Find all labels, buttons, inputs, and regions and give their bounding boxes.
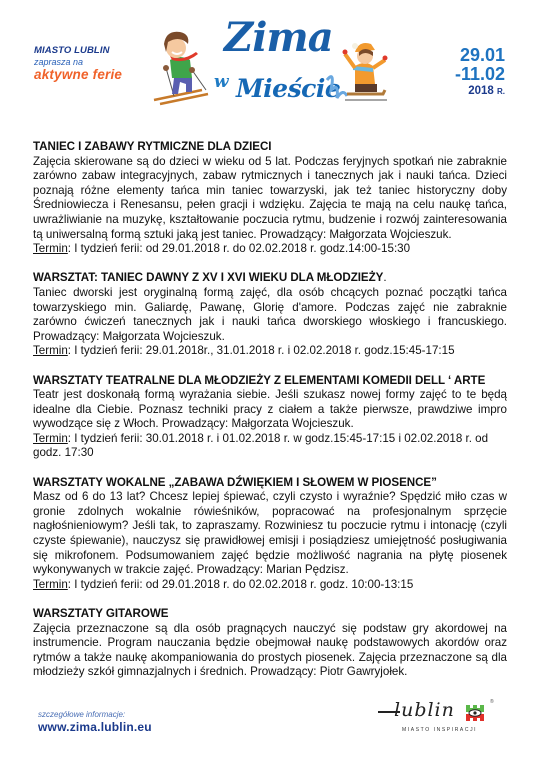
active-holidays-text: aktywne ferie (34, 67, 122, 83)
section-body: Masz od 6 do 13 lat? Chcesz lepiej śpiew… (33, 490, 507, 578)
event-year: 2018 R. (433, 86, 505, 98)
lublin-emblem-icon (464, 703, 486, 723)
header-banner: MIASTO LUBLIN zaprasza na aktywne ferie … (0, 0, 540, 120)
section-schedule: Termin: I tydzień ferii: od 29.01.2018 r… (33, 578, 507, 593)
section-title: WARSZTATY WOKALNE „ZABAWA DŹWIĘKIEM I SŁ… (33, 476, 507, 491)
year-suffix: R. (497, 87, 505, 96)
section-title: WARSZTAT: TANIEC DAWNY Z XV I XVI WIEKU … (33, 271, 507, 286)
section-dance-children: TANIEC I ZABAWY RYTMICZNE DLA DZIECI Zaj… (33, 140, 507, 257)
logo-zima: Zima (224, 14, 333, 61)
footer-info: szczegółowe informacje: www.zima.lublin.… (38, 710, 152, 734)
section-guitar-workshop: WARSZTATY GITAROWE Zajęcia przeznaczone … (33, 607, 507, 680)
date-from: 29.01 (433, 46, 505, 64)
invites-text: zaprasza na (34, 57, 122, 67)
date-to: -11.02 (433, 65, 505, 83)
section-schedule: Termin: I tydzień ferii: od 29.01.2018 r… (33, 242, 507, 257)
section-theatre-workshop: WARSZTATY TEATRALNE DLA MŁODZIEŻY Z ELEM… (33, 374, 507, 462)
termin-label: Termin (33, 242, 68, 255)
section-body: Zajęcia przeznaczone są dla osób pragnąc… (33, 622, 507, 680)
termin-value: : I tydzień ferii: 30.01.2018 r. i 01.02… (33, 432, 488, 460)
termin-value: : I tydzień ferii: 29.01.2018r., 31.01.2… (68, 344, 455, 357)
sledder-illustration-icon (325, 40, 390, 106)
lublin-logo: lublin ® MIASTO INSPIRACJI (378, 697, 508, 739)
city-name: MIASTO LUBLIN (34, 46, 122, 57)
info-label: szczegółowe informacje: (38, 710, 152, 720)
termin-label: Termin (33, 432, 68, 445)
website-link[interactable]: www.zima.lublin.eu (38, 720, 152, 734)
section-title: TANIEC I ZABAWY RYTMICZNE DLA DZIECI (33, 140, 507, 155)
section-schedule: Termin: I tydzień ferii: 29.01.2018r., 3… (33, 344, 507, 359)
termin-label: Termin (33, 344, 68, 357)
year-value: 2018 (468, 85, 494, 97)
event-dates: 29.01 -11.02 2018 R. (433, 46, 505, 98)
section-body: Teatr jest doskonałą formą wyrażania sie… (33, 388, 507, 432)
section-body: Zajęcia skierowane są do dzieci w wieku … (33, 155, 507, 243)
registered-mark: ® (490, 699, 494, 705)
skier-illustration-icon (152, 28, 212, 106)
section-title: WARSZTATY TEATRALNE DLA MŁODZIEŻY Z ELEM… (33, 374, 507, 389)
termin-value: : I tydzień ferii: od 29.01.2018 r. do 0… (68, 578, 414, 591)
section-vocal-workshop: WARSZTATY WOKALNE „ZABAWA DŹWIĘKIEM I SŁ… (33, 476, 507, 593)
logo-w: w (214, 72, 229, 92)
section-old-dance-workshop: WARSZTAT: TANIEC DAWNY Z XV I XVI WIEKU … (33, 271, 507, 359)
lublin-tagline: MIASTO INSPIRACJI (402, 727, 477, 733)
section-schedule: Termin: I tydzień ferii: 30.01.2018 r. i… (33, 432, 507, 461)
city-invitation: MIASTO LUBLIN zaprasza na aktywne ferie (34, 46, 122, 83)
lublin-wordmark: lublin (394, 699, 455, 721)
termin-label: Termin (33, 578, 68, 591)
termin-value: : I tydzień ferii: od 29.01.2018 r. do 0… (68, 242, 410, 255)
section-body: Taniec dworski jest oryginalną formą zaj… (33, 286, 507, 344)
zima-w-miescie-logo: Zima w Mieście (210, 12, 330, 112)
program-content: TANIEC I ZABAWY RYTMICZNE DLA DZIECI Zaj… (33, 140, 507, 695)
section-title: WARSZTATY GITAROWE (33, 607, 507, 622)
